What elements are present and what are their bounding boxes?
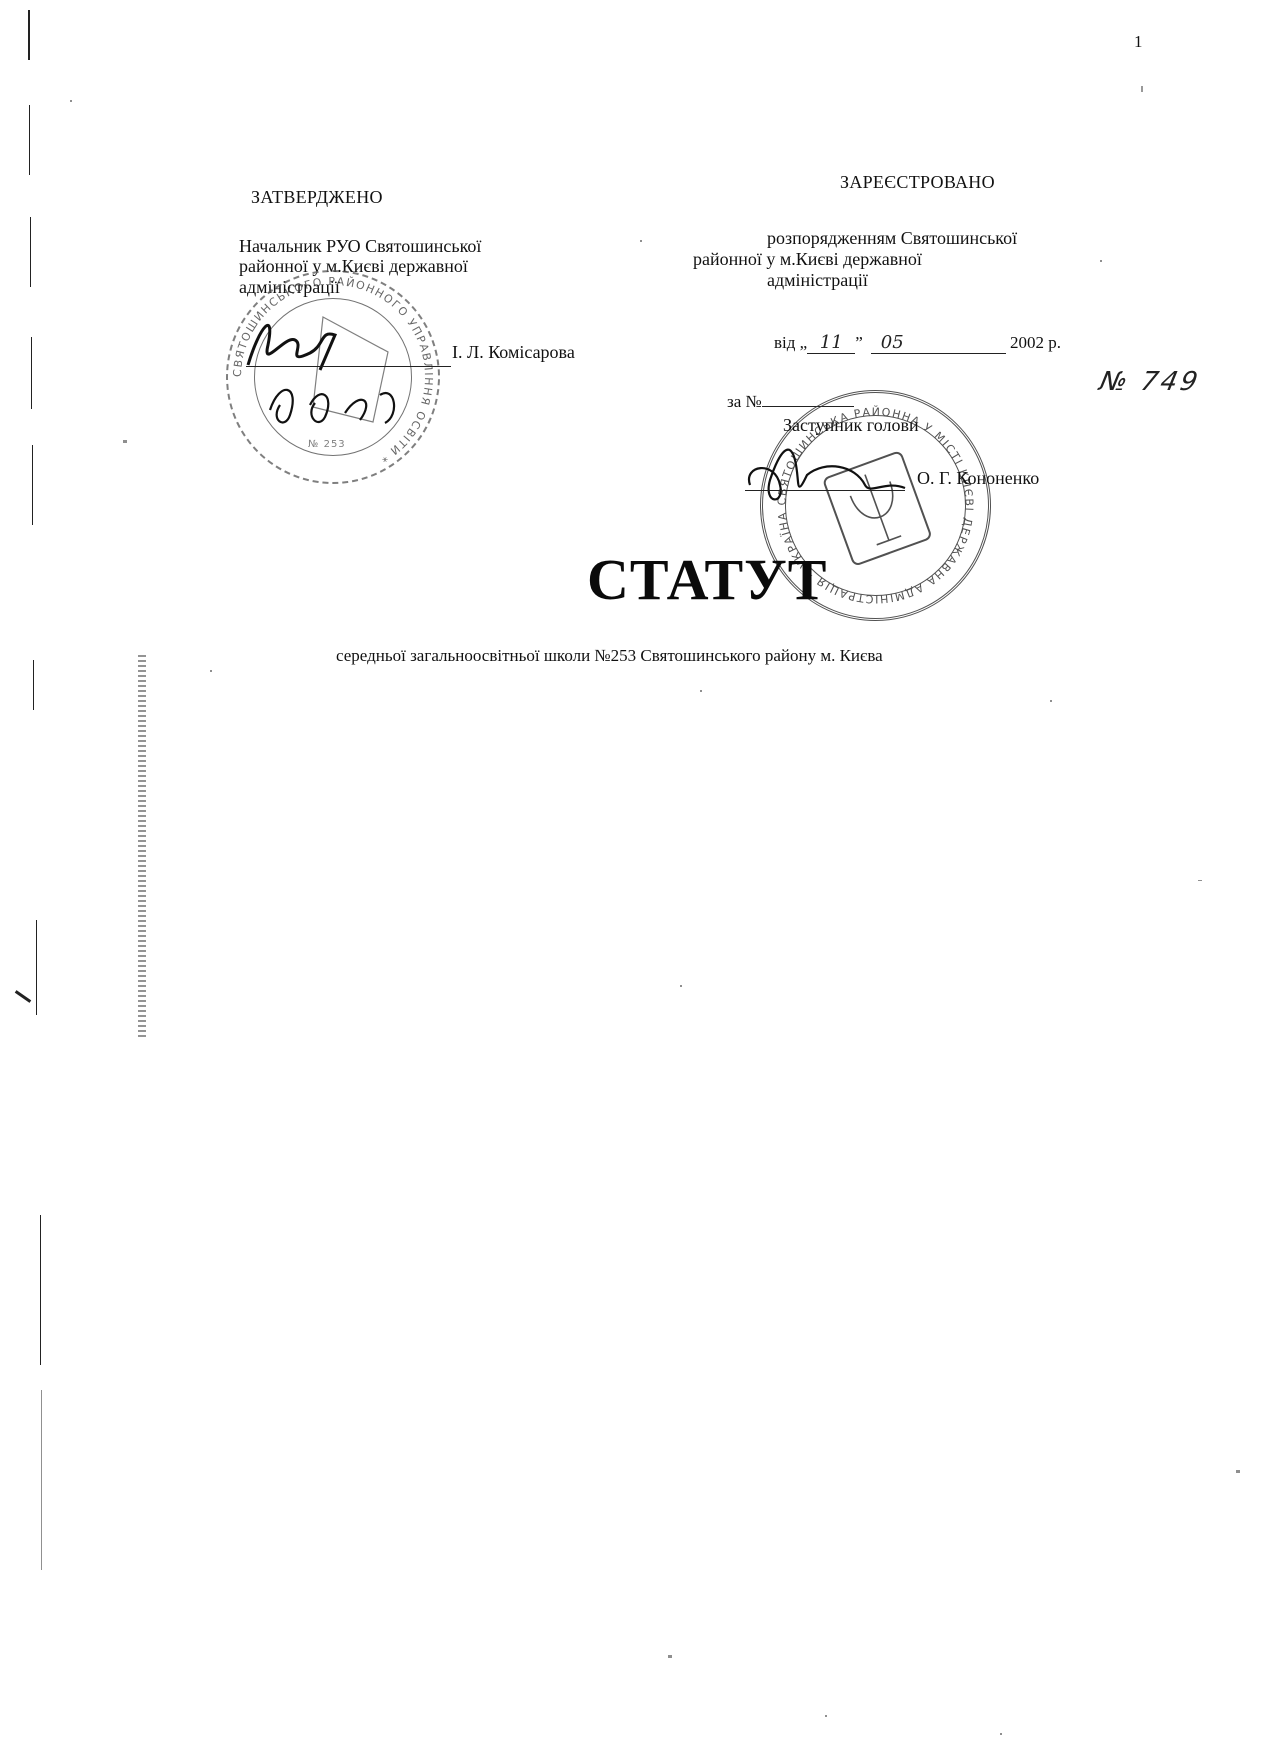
registration-date: від „11”05 2002 р.	[774, 332, 1061, 354]
binding-thread-mark	[138, 655, 146, 1040]
scan-margin-line	[28, 10, 30, 60]
registration-order-line: адміністрації	[767, 270, 868, 291]
scan-margin-line	[32, 445, 33, 525]
scan-speck	[700, 690, 702, 692]
signature-line	[745, 490, 905, 491]
scan-speck	[70, 100, 72, 102]
scan-speck	[1050, 700, 1052, 702]
scan-margin-line	[36, 920, 37, 1015]
document-title: СТАТУТ	[587, 548, 827, 612]
scan-speck	[680, 985, 682, 987]
scan-mark	[1141, 86, 1143, 92]
scan-margin-line	[31, 337, 32, 409]
scan-speck	[1198, 880, 1202, 881]
scan-margin-line	[41, 1390, 42, 1570]
scan-speck	[1000, 1733, 1002, 1735]
scan-speck	[1100, 260, 1102, 262]
scan-margin-line	[29, 105, 30, 175]
approved-signatory-name: І. Л. Комісарова	[452, 342, 575, 363]
approved-signature	[240, 305, 410, 435]
approved-heading: ЗАТВЕРДЖЕНО	[251, 187, 383, 208]
scan-margin-line	[33, 660, 34, 710]
approved-position-line: Начальник РУО Святошинської	[239, 236, 481, 257]
svg-text:№ 253: № 253	[308, 439, 346, 450]
document-page: 1 ЗАТВЕРДЖЕНО Начальник РУО Святошинсько…	[0, 0, 1275, 1755]
document-subtitle: середньої загальноосвітньої школи №253 С…	[336, 646, 883, 666]
scan-speck	[668, 1655, 672, 1658]
scan-speck	[1236, 1470, 1240, 1473]
date-prefix: від „	[774, 333, 807, 352]
date-quote: ”	[855, 333, 863, 352]
date-month-handwritten: 05	[871, 332, 1006, 354]
signature-line	[246, 366, 451, 367]
date-year: 2002 р.	[1010, 333, 1061, 352]
registration-order-line: розпорядженням Святошинської	[767, 228, 1017, 249]
page-number: 1	[1134, 32, 1143, 52]
registered-signature	[745, 430, 935, 510]
date-day-handwritten: 11	[807, 332, 855, 354]
scan-speck	[825, 1715, 827, 1717]
registered-signatory-name: О. Г. Кононенко	[917, 468, 1039, 489]
scan-margin-line	[15, 990, 31, 1003]
scan-speck	[123, 440, 127, 443]
number-label: за №	[727, 392, 762, 411]
scan-speck	[210, 670, 212, 672]
scan-margin-line	[30, 217, 31, 287]
handwritten-registration-number: № 749	[1097, 367, 1203, 397]
scan-margin-line	[40, 1215, 41, 1365]
registered-heading: ЗАРЕЄСТРОВАНО	[840, 172, 995, 193]
scan-speck	[640, 240, 642, 242]
registration-order-line: районної у м.Києві державної	[693, 249, 922, 270]
